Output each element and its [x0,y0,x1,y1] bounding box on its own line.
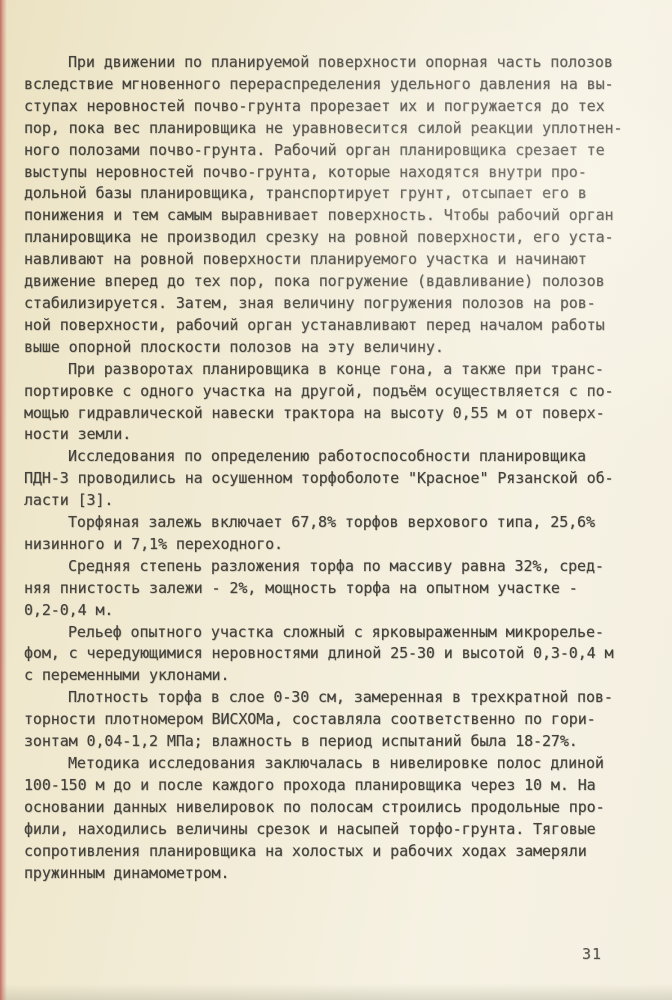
page-text-block: При движении по планируемой поверхности … [24,52,652,884]
paragraph-research-location: Исследования по определению работоспособ… [24,446,652,512]
page-left-edge-strip [0,0,7,1000]
paragraph-peat-density: Плотность торфа в слое 0-30 см, замеренн… [24,687,652,753]
paragraph-peat-deposit-composition: Торфяная залежь включает 67,8% торфов ве… [24,512,652,556]
scanned-document-page: При движении по планируемой поверхности … [0,0,672,1000]
paragraph-decomposition-degree: Средняя степень разложения торфа по масс… [24,556,652,622]
paragraph-movement-description: При движении по планируемой поверхности … [24,52,652,359]
paragraph-turning-transport: При разворотах планировщика в конце гона… [24,359,652,447]
paragraph-research-methodology: Методика исследования заключалась в ниве… [24,753,652,884]
page-number: 31 [582,944,602,964]
paragraph-terrain-relief: Рельеф опытного участка сложный с ярковы… [24,622,652,688]
